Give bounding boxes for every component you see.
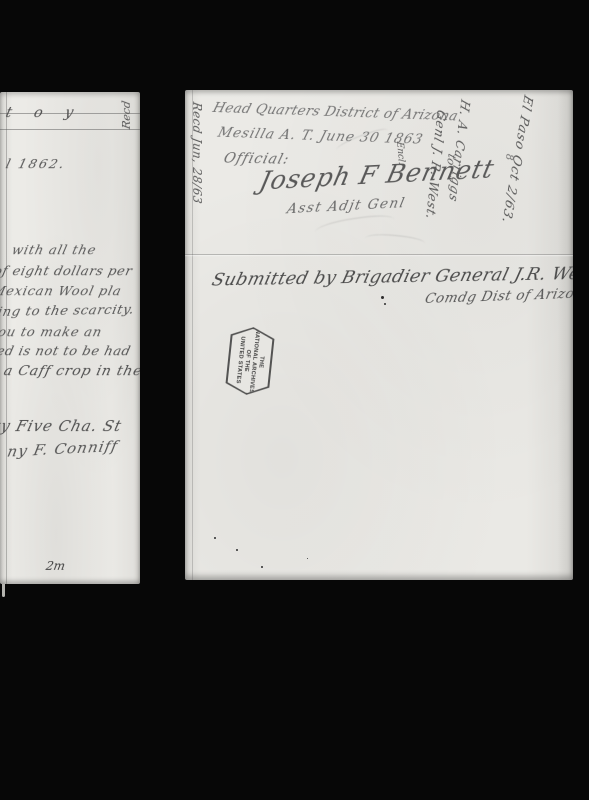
endorsement-place-date: El Paso Oct 2/63. <box>494 93 534 256</box>
heading-line-1: Head Quarters District of Arizona <box>211 102 459 124</box>
ghost-stroke <box>364 232 425 251</box>
ink-speck <box>381 296 384 299</box>
left-date-fragment: l 1862. <box>4 158 67 171</box>
received-margin-note: Recd Jun, 28/63 <box>191 101 203 241</box>
left-body-line: of eight dollars per <box>0 265 134 278</box>
ink-speck <box>236 549 238 551</box>
main-page: Recd Jun, 28/63 Head Quarters District o… <box>185 90 573 580</box>
left-body-line: you to make an <box>0 326 103 339</box>
left-body-line: Mexican Wool pla <box>0 285 123 298</box>
left-closing-line: ny F. Conniff <box>6 439 119 460</box>
left-closing-line: ty Five Cha. St <box>0 419 123 434</box>
ink-speck <box>307 558 308 559</box>
left-header-fragment: t o y <box>4 106 83 120</box>
national-archives-stamp: THE NATIONAL ARCHIVES OF THE UNITED STAT… <box>225 325 276 397</box>
signature-title: Asst Adjt Genl <box>286 197 407 217</box>
submitted-line-2: Comdg Dist of Arizona <box>423 287 573 306</box>
left-body-line: led is not to be had <box>0 345 132 358</box>
left-bottom-mark: 2m <box>45 560 66 572</box>
left-body-line: a Caff crop in the <box>2 364 140 378</box>
left-body-line: ing to the scarcity. <box>0 304 136 319</box>
submitted-line-1: Submitted by Brigadier General J.R. West <box>210 266 573 290</box>
ruled-line <box>0 129 140 130</box>
ink-speck <box>384 303 386 305</box>
ink-speck <box>261 566 263 568</box>
stamp-text: THE NATIONAL ARCHIVES OF THE UNITED STAT… <box>226 327 273 396</box>
ink-speck <box>214 537 216 539</box>
fold-crease <box>185 254 573 255</box>
photograph-background: t o y Recd l 1862. with all the of eight… <box>0 0 589 800</box>
left-page-fragment: t o y Recd l 1862. with all the of eight… <box>0 92 140 584</box>
left-body-line: with all the <box>10 244 97 257</box>
left-received-note: Recd <box>121 92 132 130</box>
endorsement-numeral: 8 <box>503 153 514 160</box>
stamp-line: THE <box>256 356 264 369</box>
